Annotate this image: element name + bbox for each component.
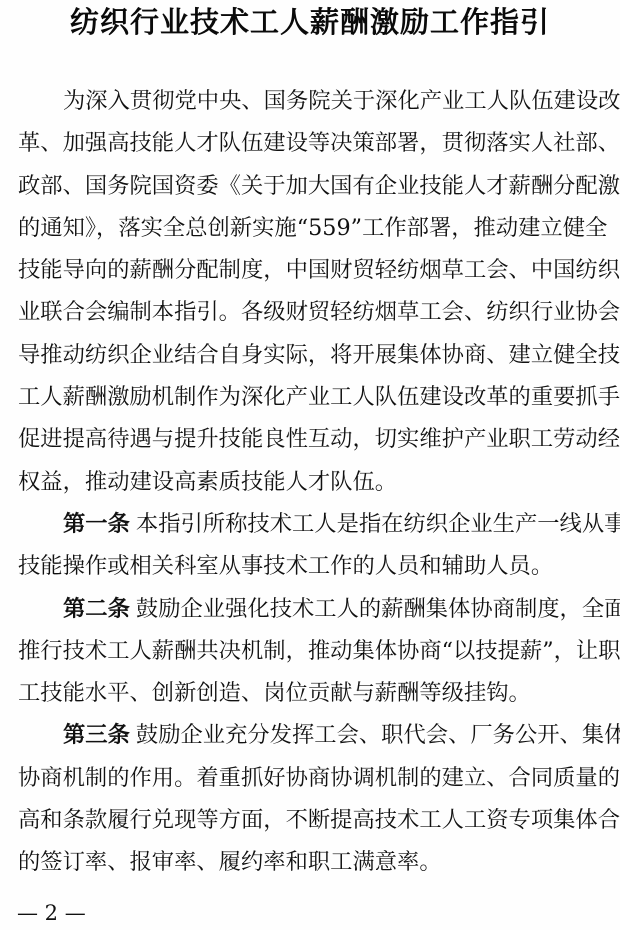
text-line: 技能导向的薪酬分配制度，中国财贸轻纺烟草工会、中国纺织工 xyxy=(18,249,602,291)
text-line: 的通知》，落实全总创新实施“559”工作部署，推动建立健全 xyxy=(18,207,602,249)
article-first-line: 第二条鼓励企业强化技术工人的薪酬集体协商制度，全面 xyxy=(18,588,602,630)
article-text: 鼓励企业强化技术工人的薪酬集体协商制度，全面 xyxy=(136,596,620,622)
text-line: 业联合会编制本指引。各级财贸轻纺烟草工会、纺织行业协会指 xyxy=(18,291,602,333)
text-line: 导推动纺织企业结合自身实际，将开展集体协商、建立健全技术 xyxy=(18,334,602,376)
text-line: 革、加强高技能人才队伍建设等决策部署，贯彻落实人社部、财 xyxy=(18,122,602,164)
text-line: 工人薪酬激励机制作为深化产业工人队伍建设改革的重要抓手， xyxy=(18,376,602,418)
text-line: 工技能水平、创新创造、岗位贡献与薪酬等级挂钩。 xyxy=(18,672,602,714)
article-label: 第三条 xyxy=(63,722,130,748)
document-body: 为深入贯彻党中央、国务院关于深化产业工人队伍建设改 革、加强高技能人才队伍建设等… xyxy=(18,80,602,884)
preamble-paragraph: 为深入贯彻党中央、国务院关于深化产业工人队伍建设改 革、加强高技能人才队伍建设等… xyxy=(18,80,602,503)
text-line: 政部、国务院国资委《关于加大国有企业技能人才薪酬分配激励 xyxy=(18,165,602,207)
article-1: 第一条本指引所称技术工人是指在纺织企业生产一线从事 技能操作或相关科室从事技术工… xyxy=(18,503,602,588)
text-line: 推行技术工人薪酬共决机制，推动集体协商“以技提薪”，让职 xyxy=(18,630,602,672)
article-label: 第一条 xyxy=(63,511,130,537)
article-label: 第二条 xyxy=(63,596,130,622)
text-line: 技能操作或相关科室从事技术工作的人员和辅助人员。 xyxy=(18,545,602,587)
document-title: 纺织行业技术工人薪酬激励工作指引 xyxy=(0,2,620,42)
text-line: 促进提高待遇与提升技能良性互动，切实维护产业职工劳动经济 xyxy=(18,418,602,460)
article-first-line: 第一条本指引所称技术工人是指在纺织企业生产一线从事 xyxy=(18,503,602,545)
article-text: 本指引所称技术工人是指在纺织企业生产一线从事 xyxy=(136,511,620,537)
page-number: — 2 — xyxy=(17,902,86,924)
text-line: 高和条款履行兑现等方面，不断提高技术工人工资专项集体合同 xyxy=(18,799,602,841)
text-line: 权益，推动建设高素质技能人才队伍。 xyxy=(18,461,602,503)
article-3: 第三条鼓励企业充分发挥工会、职代会、厂务公开、集体 协商机制的作用。着重抓好协商… xyxy=(18,714,602,883)
article-first-line: 第三条鼓励企业充分发挥工会、职代会、厂务公开、集体 xyxy=(18,714,602,756)
text-line: 为深入贯彻党中央、国务院关于深化产业工人队伍建设改 xyxy=(18,80,602,122)
article-text: 鼓励企业充分发挥工会、职代会、厂务公开、集体 xyxy=(136,722,620,748)
text-line: 协商机制的作用。着重抓好协商协调机制的建立、合同质量的提 xyxy=(18,757,602,799)
article-2: 第二条鼓励企业强化技术工人的薪酬集体协商制度，全面 推行技术工人薪酬共决机制，推… xyxy=(18,588,602,715)
text-line: 的签订率、报审率、履约率和职工满意率。 xyxy=(18,841,602,883)
